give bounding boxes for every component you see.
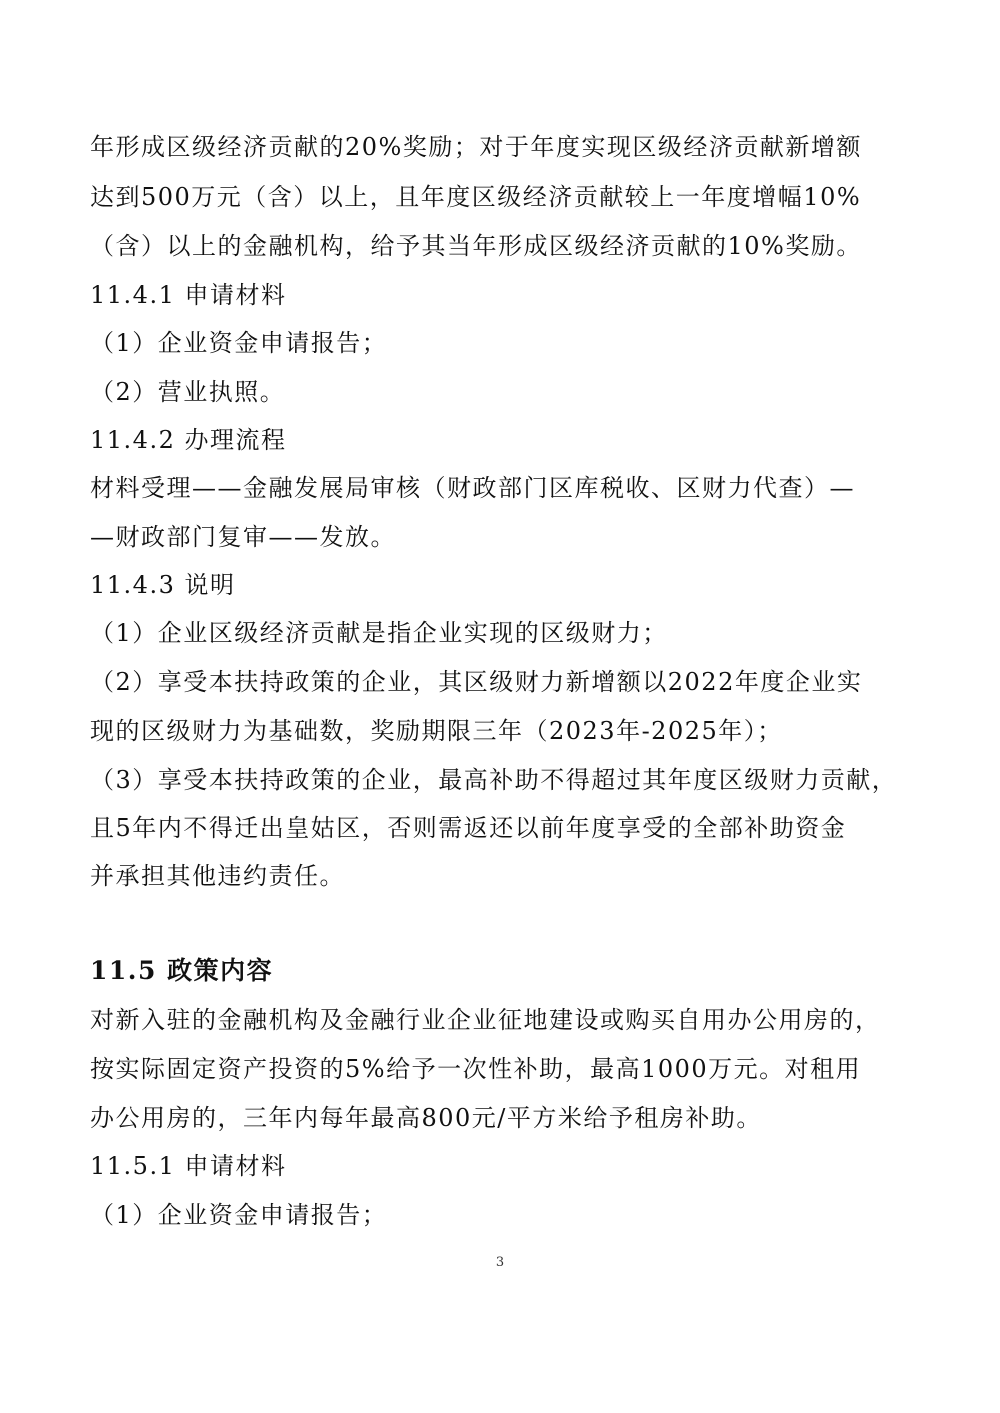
document-page: 年形成区级经济贡献的20%奖励；对于年度实现区级经济贡献新增额 达到500万元（…: [0, 0, 1000, 1413]
list-item: （1）企业资金申请报告；: [90, 327, 387, 359]
paragraph-line: 并承担其他违约责任。: [90, 860, 345, 892]
list-item: （1）企业区级经济贡献是指企业实现的区级财力；: [90, 617, 668, 649]
paragraph-line: 且5年内不得迁出皇姑区，否则需返还以前年度享受的全部补助资金: [90, 812, 846, 844]
subsection-heading: 11.4.2 办理流程: [90, 424, 286, 456]
paragraph-line: 按实际固定资产投资的5%给予一次性补助，最高1000万元。对租用: [90, 1053, 861, 1085]
paragraph-line: 对新入驻的金融机构及金融行业企业征地建设或购买自用办公用房的，: [90, 1004, 881, 1036]
list-item: （1）企业资金申请报告；: [90, 1199, 387, 1231]
page-number: 3: [0, 1255, 1000, 1270]
subsection-heading: 11.4.1 申请材料: [90, 279, 286, 311]
paragraph-line: （含）以上的金融机构，给予其当年形成区级经济贡献的10%奖励。: [90, 230, 862, 262]
list-item: （2）营业执照。: [90, 376, 285, 408]
paragraph-line: 年形成区级经济贡献的20%奖励；对于年度实现区级经济贡献新增额: [90, 131, 862, 163]
list-item: （3）享受本扶持政策的企业，最高补助不得超过其年度区级财力贡献，: [90, 764, 897, 796]
list-item: （2）享受本扶持政策的企业，其区级财力新增额以2022年度企业实: [90, 666, 862, 698]
paragraph-line: 材料受理——金融发展局审核（财政部门区库税收、区财力代查）—: [90, 472, 855, 504]
paragraph-line: 达到500万元（含）以上，且年度区级经济贡献较上一年度增幅10%: [90, 181, 861, 213]
subsection-heading: 11.4.3 说明: [90, 569, 235, 601]
paragraph-line: —财政部门复审——发放。: [90, 521, 396, 553]
section-heading: 11.5 政策内容: [90, 955, 273, 987]
subsection-heading: 11.5.1 申请材料: [90, 1150, 286, 1182]
paragraph-line: 现的区级财力为基础数，奖励期限三年（2023年-2025年）；: [90, 715, 783, 747]
paragraph-line: 办公用房的，三年内每年最高800元/平方米给予租房补助。: [90, 1102, 762, 1134]
